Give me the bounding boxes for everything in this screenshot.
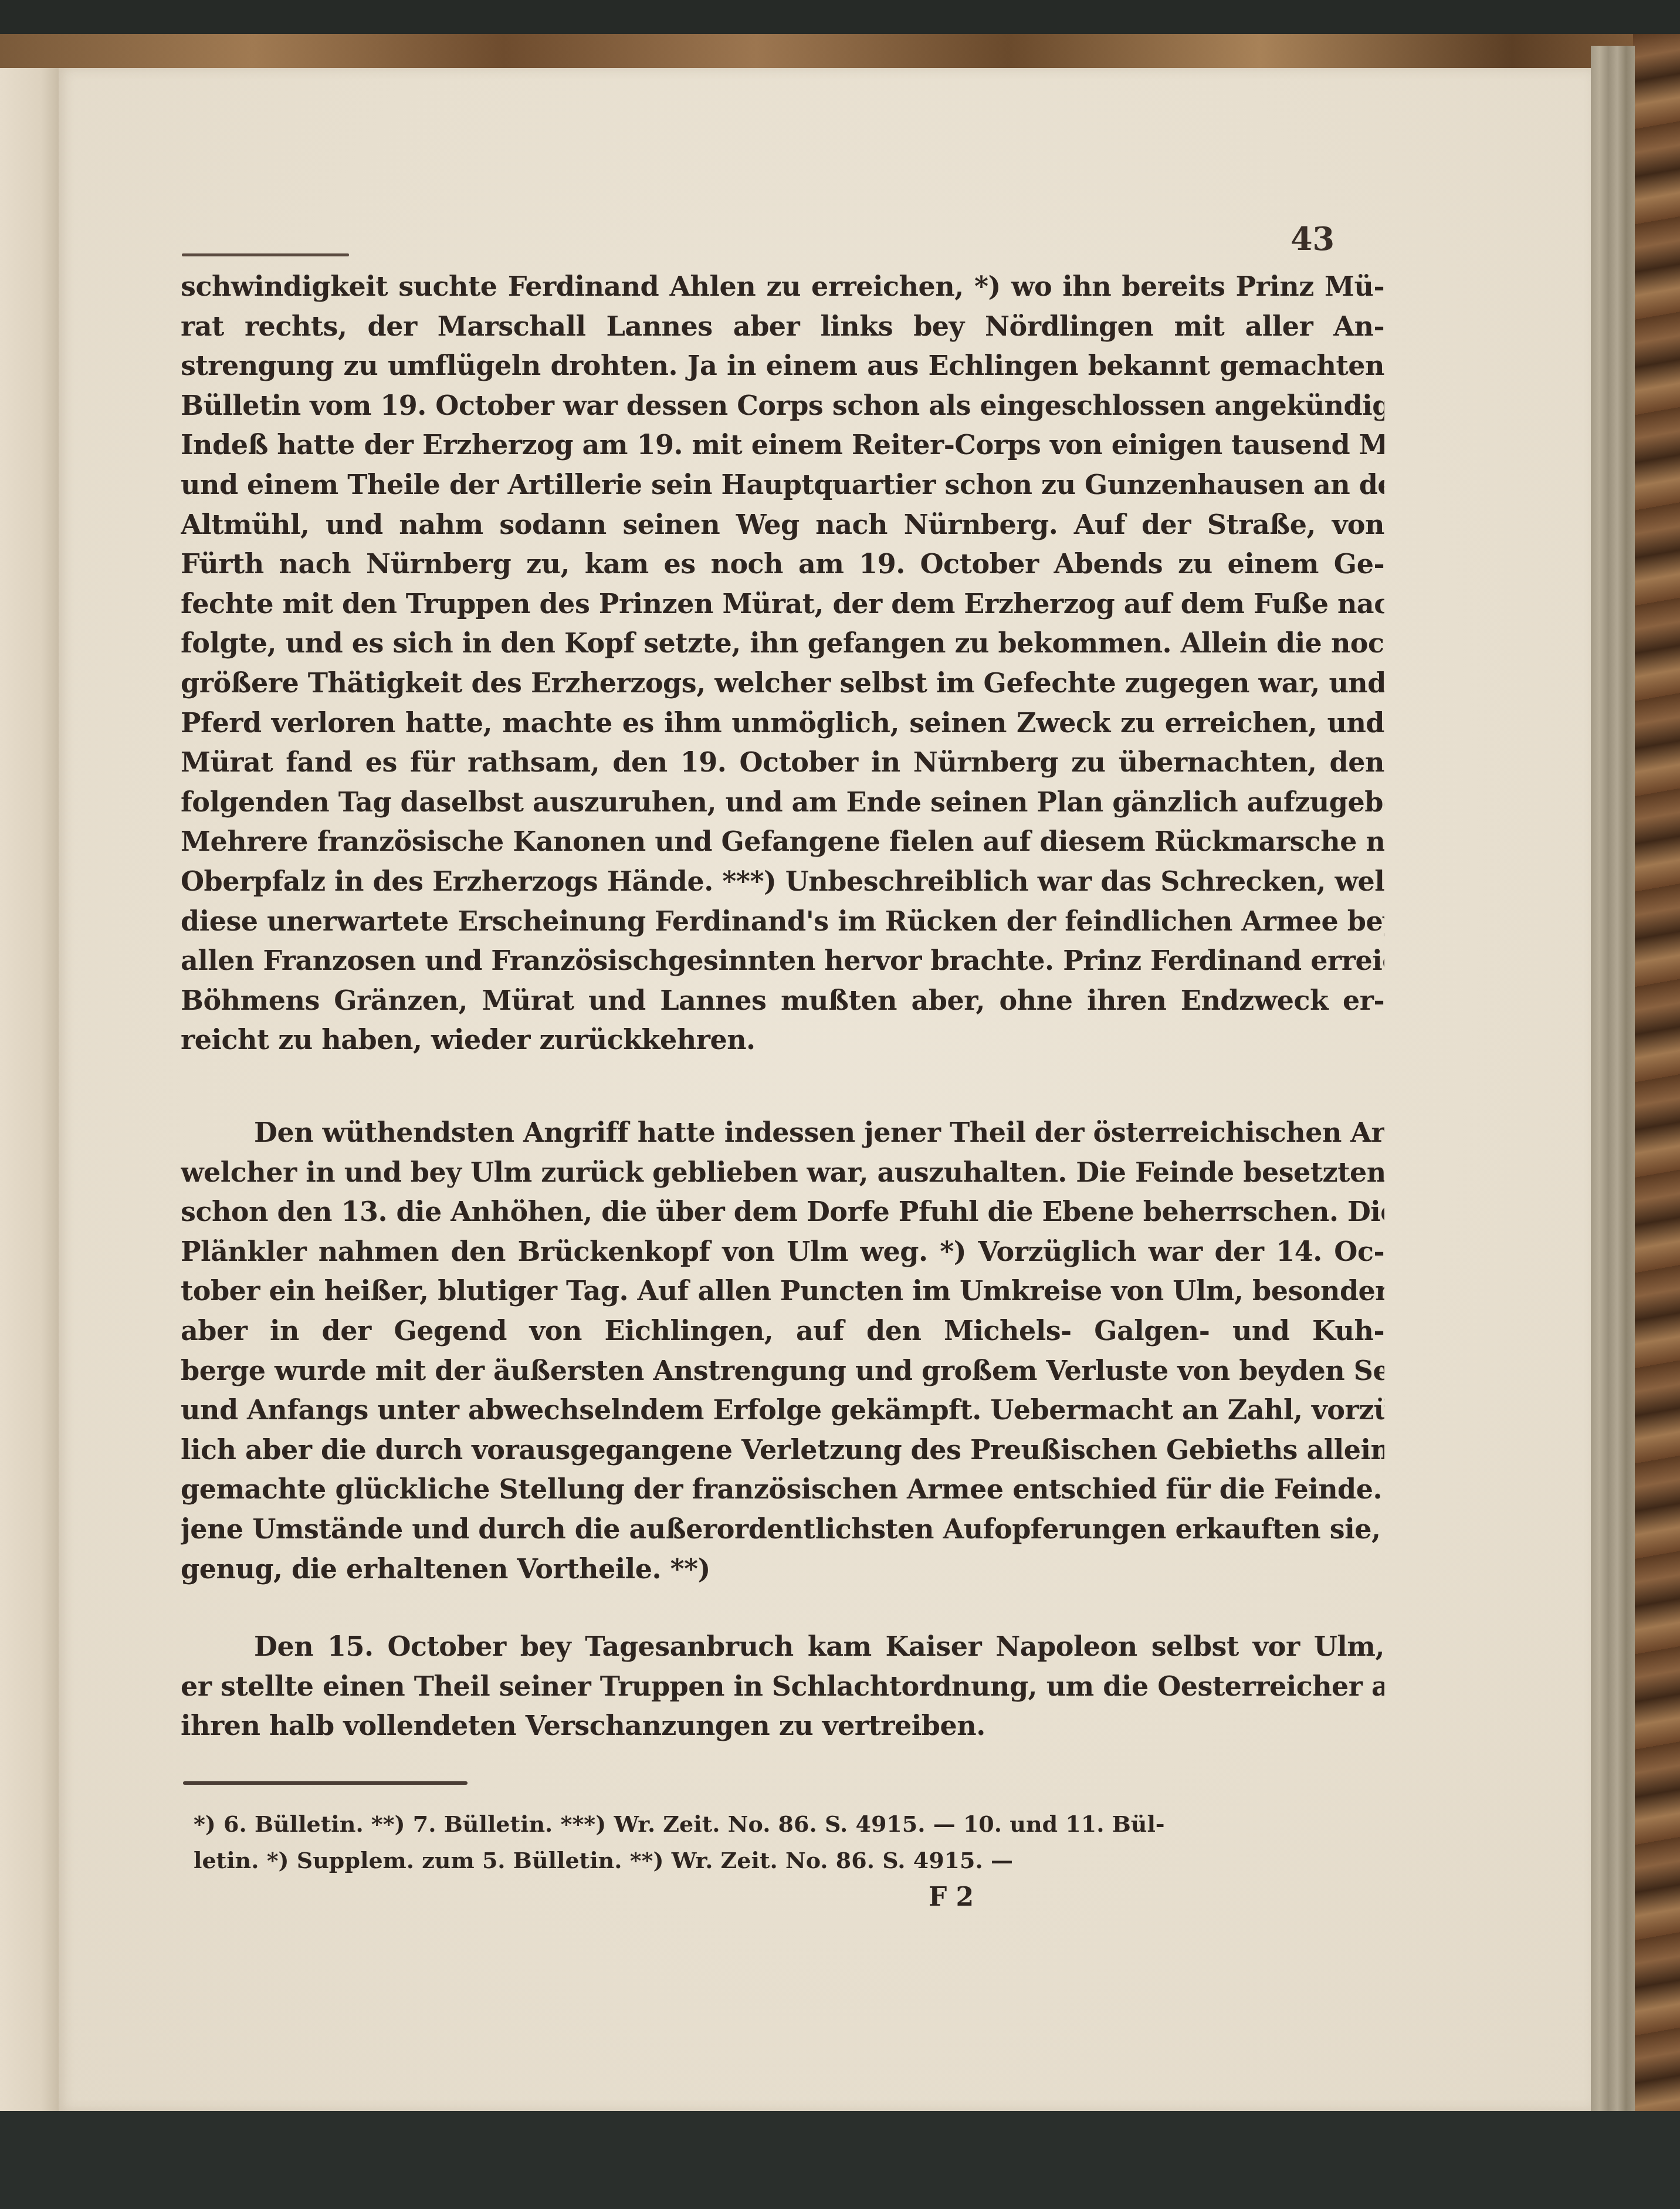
text-line: Mürat fand es für rathsam, den 19. Octob… — [181, 743, 1384, 783]
text-line: Fürth nach Nürnberg zu, kam es noch am 1… — [181, 544, 1384, 584]
text-line: Mehrere französische Kanonen und Gefange… — [181, 822, 1384, 862]
text-line: Den 15. October bey Tagesanbruch kam Kai… — [181, 1627, 1384, 1667]
paragraph-3: Den 15. October bey Tagesanbruch kam Kai… — [181, 1627, 1384, 1746]
text-line: gemachte glückliche Stellung der französ… — [181, 1470, 1384, 1510]
text-line: folgte, und es sich in den Kopf setzte, … — [181, 624, 1384, 664]
book-cover-top — [0, 0, 1680, 35]
page-number: 43 — [1291, 220, 1334, 258]
text-line: schon den 13. die Anhöhen, die über dem … — [181, 1192, 1384, 1232]
text-line: folgenden Tag daselbst auszuruhen, und a… — [181, 783, 1384, 823]
footnote-line: letin. *) Supplem. zum 5. Bülletin. **) … — [194, 1842, 1367, 1879]
header-rule — [182, 253, 349, 256]
text-line: fechte mit den Truppen des Prinzen Mürat… — [181, 584, 1384, 624]
text-line: aber in der Gegend von Eichlingen, auf d… — [181, 1311, 1384, 1351]
footnote-rule — [183, 1781, 468, 1785]
marbled-cover-edge-top — [0, 34, 1680, 69]
text-line: diese unerwartete Erscheinung Ferdinand'… — [181, 902, 1384, 942]
text-line: Pferd verloren hatte, machte es ihm unmö… — [181, 703, 1384, 743]
text-line: welcher in und bey Ulm zurück geblieben … — [181, 1153, 1384, 1193]
facing-page-edge — [0, 68, 59, 2157]
text-line: und Anfangs unter abwechselndem Erfolge … — [181, 1391, 1384, 1430]
paragraph-2: Den wüthendsten Angriff hatte indessen j… — [181, 1113, 1384, 1589]
text-line: berge wurde mit der äußersten Anstrengun… — [181, 1351, 1384, 1391]
text-line: Oberpfalz in des Erzherzogs Hände. ***) … — [181, 862, 1384, 902]
text-line: jene Umstände und durch die außerordentl… — [181, 1510, 1384, 1550]
marbled-cover-edge-right — [1633, 34, 1680, 2123]
text-line: allen Franzosen und Französischgesinnten… — [181, 941, 1384, 981]
footnotes: *) 6. Bülletin. **) 7. Bülletin. ***) Wr… — [194, 1806, 1367, 1879]
text-line: Bülletin vom 19. October war dessen Corp… — [181, 386, 1384, 426]
book-cover-bottom — [0, 2111, 1680, 2209]
text-line: er stellte einen Theil seiner Truppen in… — [181, 1667, 1384, 1707]
text-line: größere Thätigkeit des Erzherzogs, welch… — [181, 664, 1384, 703]
text-line: schwindigkeit suchte Ferdinand Ahlen zu … — [181, 267, 1384, 307]
text-line: reicht zu haben, wieder zurückkehren. — [181, 1020, 1384, 1060]
paragraph-1: schwindigkeit suchte Ferdinand Ahlen zu … — [181, 267, 1384, 1060]
text-line: Altmühl, und nahm sodann seinen Weg nach… — [181, 505, 1384, 545]
footnote-line: *) 6. Bülletin. **) 7. Bülletin. ***) Wr… — [194, 1806, 1367, 1842]
text-line: und einem Theile der Artillerie sein Hau… — [181, 465, 1384, 505]
page-stack-edges — [1591, 46, 1635, 2111]
text-line: rat rechts, der Marschall Lannes aber li… — [181, 307, 1384, 347]
text-line: Den wüthendsten Angriff hatte indessen j… — [181, 1113, 1384, 1153]
signature-mark: F 2 — [929, 1882, 974, 1912]
text-line: ihren halb vollendeten Verschanzungen zu… — [181, 1706, 1384, 1746]
text-line: strengung zu umflügeln drohten. Ja in ei… — [181, 346, 1384, 386]
text-line: genug, die erhaltenen Vortheile. **) — [181, 1550, 1384, 1589]
text-line: Böhmens Gränzen, Mürat und Lannes mußten… — [181, 981, 1384, 1021]
text-line: Indeß hatte der Erzherzog am 19. mit ein… — [181, 425, 1384, 465]
text-line: tober ein heißer, blutiger Tag. Auf alle… — [181, 1271, 1384, 1311]
text-line: lich aber die durch vorausgegangene Verl… — [181, 1430, 1384, 1470]
text-line: Plänkler nahmen den Brückenkopf von Ulm … — [181, 1232, 1384, 1272]
